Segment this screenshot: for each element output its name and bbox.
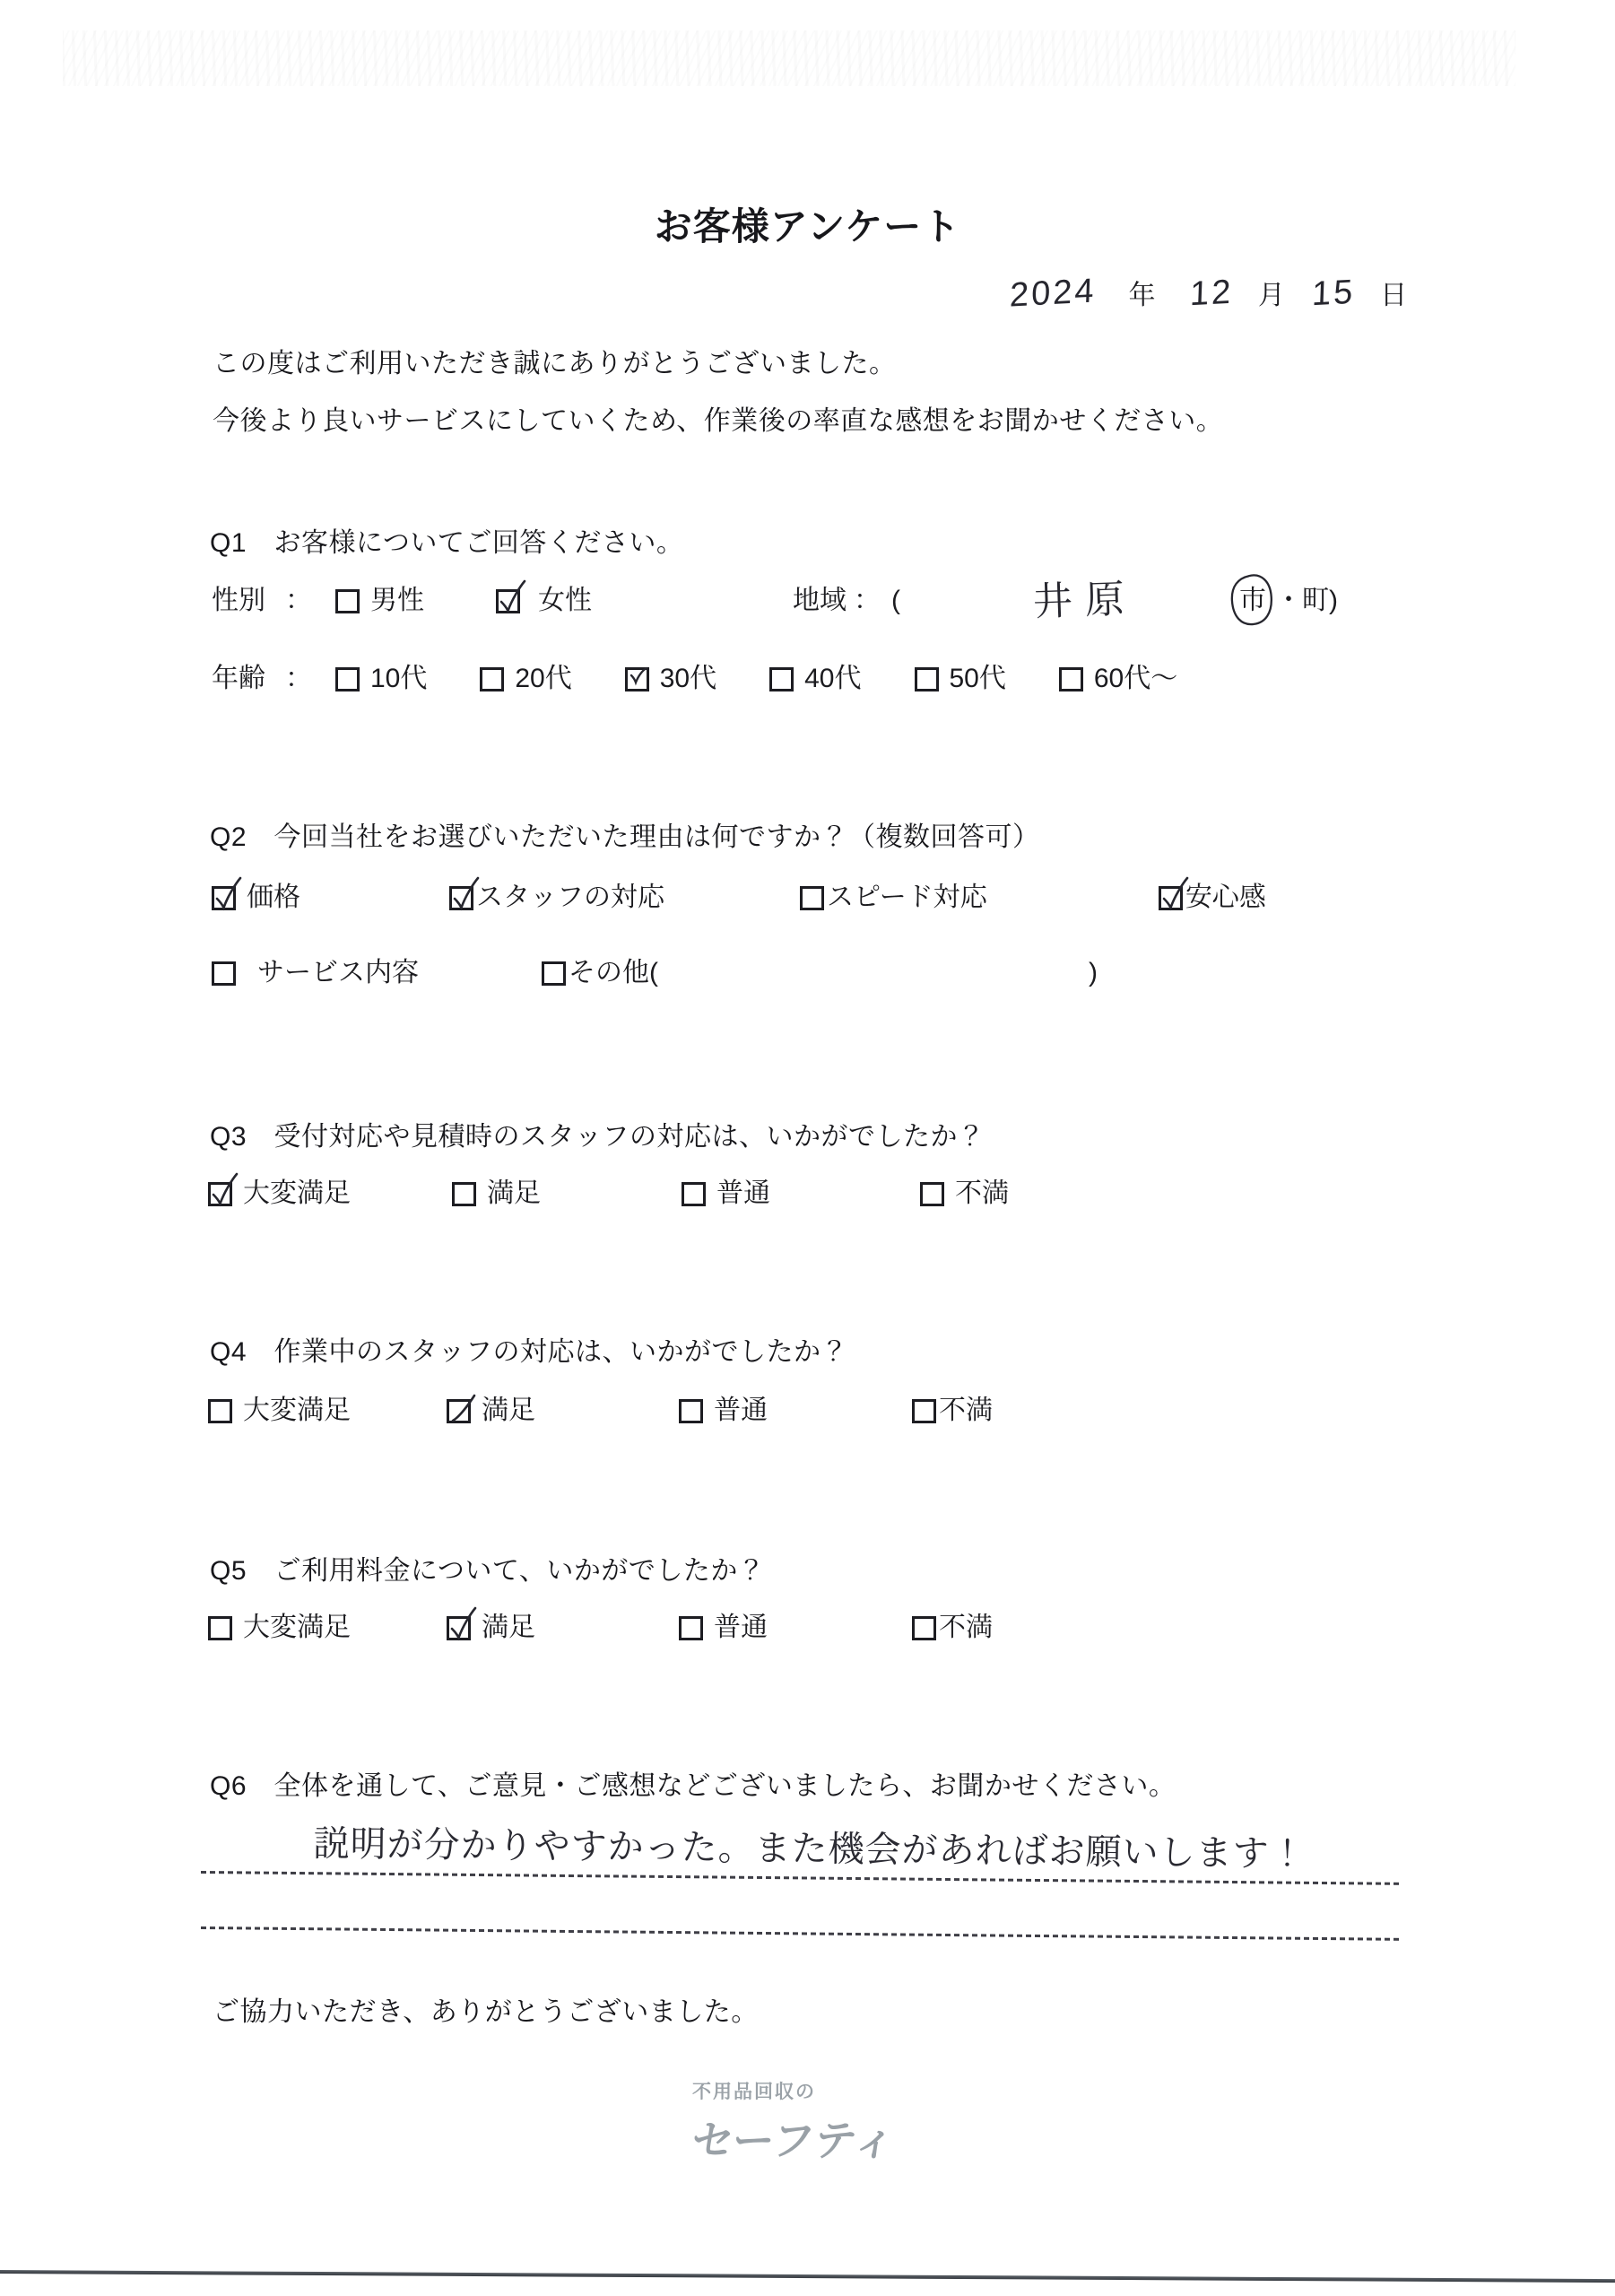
label-age-50s: 50代 (950, 665, 1006, 692)
q4-options-row: 大変満足 満足 普通 不満 (208, 1397, 993, 1424)
q5-option-neutral[interactable]: 普通 (679, 1614, 768, 1641)
gender-label: 性別 (212, 587, 265, 614)
label-assurance: 安心感 (1185, 884, 1266, 911)
q2-option-service[interactable]: サービス内容 (212, 960, 419, 987)
q4-option-satisfied[interactable]: 満足 (447, 1397, 535, 1424)
checkbox-female[interactable] (496, 589, 520, 613)
label-q5-neutral: 普通 (714, 1614, 768, 1641)
checkbox-age-60s[interactable] (1059, 667, 1083, 691)
q4-option-neutral[interactable]: 普通 (679, 1397, 768, 1424)
region-city-circled: 市 (1230, 584, 1275, 618)
age-label: 年齢 (212, 665, 265, 692)
gender-option-male[interactable]: 男性 (335, 587, 424, 614)
checkbox-q3-dissatisfied[interactable] (920, 1182, 944, 1206)
checkbox-q5-satisfied[interactable] (447, 1616, 471, 1640)
label-q4-dissatisfied: 不満 (939, 1397, 993, 1424)
label-female: 女性 (538, 587, 592, 614)
gender-colon: ： (285, 587, 312, 614)
checkbox-age-10s[interactable] (335, 667, 360, 691)
hand-circle-icon (1227, 572, 1277, 628)
q3-option-dissatisfied[interactable]: 不満 (920, 1180, 1009, 1207)
checkbox-staff[interactable] (449, 886, 473, 910)
q2-option-price[interactable]: 価格 (212, 884, 300, 911)
q4-heading: Q4 作業中のスタッフの対応は、いかがでしたか？ (210, 1329, 848, 1369)
date-year-value: 2024 (1009, 274, 1097, 312)
q5-option-dissatisfied[interactable]: 不満 (912, 1614, 993, 1641)
date-line: 2024 年 12 月 15 日 (1010, 276, 1407, 310)
company-logo: 不用品回収の セーフティ (692, 2077, 896, 2168)
age-option-20s[interactable]: 20代 (480, 665, 571, 692)
logo-tagline: 不用品回収の (692, 2077, 896, 2104)
comment-line-2[interactable] (201, 1926, 1402, 1941)
q3-option-very-satisfied[interactable]: 大変満足 (208, 1180, 351, 1207)
q2-option-speed[interactable]: スピード対応 (800, 884, 987, 911)
label-other: その他( (569, 960, 658, 987)
q1-gender-row: 性別 ： 男性 女性 地域 ： ( 井原 市 ・町) (212, 581, 1338, 621)
checkbox-age-50s[interactable] (915, 667, 939, 691)
age-option-40s[interactable]: 40代 (769, 665, 861, 692)
check-mark-icon (627, 665, 651, 690)
scan-edge-bottom (0, 2270, 1615, 2283)
region-tail: ・町) (1275, 587, 1338, 614)
q1-age-row: 年齢 ： 10代 20代 30代 40代 50代 60代～ (212, 665, 1177, 692)
checkbox-age-20s[interactable] (480, 667, 504, 691)
label-q5-dissatisfied: 不満 (939, 1614, 993, 1641)
region-paren-open: ( (891, 587, 900, 614)
label-q4-very-satisfied: 大変満足 (243, 1397, 351, 1424)
scanned-survey-page: お客様アンケート 2024 年 12 月 15 日 この度はご利用いただき誠にあ… (0, 0, 1615, 2296)
checkbox-q3-very-satisfied[interactable] (208, 1182, 232, 1206)
check-mark-icon (210, 874, 244, 915)
checkbox-q3-satisfied[interactable] (452, 1182, 476, 1206)
checkbox-service[interactable] (212, 961, 236, 986)
other-close-paren: ) (1089, 960, 1098, 987)
q5-heading: Q5 ご利用料金について、いかがでしたか？ (210, 1548, 765, 1587)
q2-option-assurance[interactable]: 安心感 (1159, 884, 1266, 911)
checkbox-male[interactable] (335, 589, 360, 613)
label-service: サービス内容 (257, 960, 419, 987)
region-colon: ： (854, 587, 881, 614)
comment-handwritten: 説明が分かりやすかった。また機会があればお願いします！ (313, 1815, 1307, 1877)
checkbox-speed[interactable] (800, 886, 824, 910)
label-q3-dissatisfied: 不満 (955, 1180, 1009, 1207)
checkbox-price[interactable] (212, 886, 236, 910)
date-day-unit: 日 (1380, 283, 1407, 309)
label-price: 価格 (247, 884, 300, 911)
date-year-unit: 年 (1129, 283, 1156, 309)
page-title: お客様アンケート (0, 197, 1615, 251)
q5-options-row: 大変満足 満足 普通 不満 (208, 1614, 993, 1641)
check-mark-icon (494, 577, 528, 618)
label-q3-satisfied: 満足 (487, 1180, 541, 1207)
check-mark-icon (206, 1170, 240, 1211)
date-month-value: 12 (1189, 275, 1234, 312)
label-speed: スピード対応 (827, 884, 987, 911)
q2-options-row-2: サービス内容 その他( ) (212, 960, 1098, 987)
label-q3-neutral: 普通 (716, 1180, 770, 1207)
q2-option-staff[interactable]: スタッフの対応 (449, 884, 664, 911)
age-option-60s[interactable]: 60代～ (1059, 665, 1177, 692)
q5-option-very-satisfied[interactable]: 大変満足 (208, 1614, 351, 1641)
checkbox-q4-very-satisfied[interactable] (208, 1399, 232, 1423)
label-q5-satisfied: 満足 (482, 1614, 535, 1641)
checkbox-q5-dissatisfied[interactable] (912, 1616, 936, 1640)
q4-option-dissatisfied[interactable]: 不満 (912, 1397, 993, 1424)
age-colon: ： (285, 665, 312, 692)
label-q4-satisfied: 満足 (482, 1397, 535, 1424)
label-male: 男性 (370, 587, 424, 614)
checkbox-assurance[interactable] (1159, 886, 1183, 910)
q1-heading: Q1 お客様についてご回答ください。 (210, 520, 683, 560)
q2-option-other[interactable]: その他( (542, 960, 658, 987)
checkbox-age-30s[interactable] (625, 667, 649, 691)
label-age-20s: 20代 (515, 665, 571, 692)
age-option-50s[interactable]: 50代 (915, 665, 1006, 692)
label-age-10s: 10代 (370, 665, 427, 692)
q3-option-neutral[interactable]: 普通 (682, 1180, 770, 1207)
label-q3-very-satisfied: 大変満足 (243, 1180, 351, 1207)
checkbox-q4-dissatisfied[interactable] (912, 1399, 936, 1423)
checkbox-q4-satisfied[interactable] (447, 1399, 471, 1423)
q3-heading: Q3 受付対応や見積時のスタッフの対応は、いかがでしたか？ (210, 1114, 985, 1153)
label-age-40s: 40代 (804, 665, 861, 692)
checkbox-age-40s[interactable] (769, 667, 794, 691)
check-mark-icon (445, 1604, 479, 1645)
q4-option-very-satisfied[interactable]: 大変満足 (208, 1397, 351, 1424)
age-option-10s[interactable]: 10代 (335, 665, 427, 692)
checkbox-q4-neutral[interactable] (679, 1399, 703, 1423)
q6-heading: Q6 全体を通して、ご意見・ご感想などございましたら、お聞かせください。 (210, 1763, 1176, 1803)
age-option-30s[interactable]: 30代 (625, 665, 716, 692)
checkbox-q3-neutral[interactable] (682, 1182, 706, 1206)
intro-line-1: この度はご利用いただき誠にありがとうございました。 (213, 341, 897, 380)
gender-option-female[interactable]: 女性 (496, 587, 592, 614)
q2-heading: Q2 今回当社をお選びいただいた理由は何ですか？（複数回答可） (210, 814, 1040, 854)
logo-name: セーフティ (688, 2108, 899, 2168)
region-value-handwritten[interactable]: 井原 (1032, 579, 1137, 622)
date-month-unit: 月 (1258, 283, 1285, 309)
q2-options-row-1: 価格 スタッフの対応 スピード対応 安心感 (212, 884, 1266, 911)
label-q5-very-satisfied: 大変満足 (243, 1614, 351, 1641)
checkbox-q5-very-satisfied[interactable] (208, 1616, 232, 1640)
closing-text: ご協力いただき、ありがとうございました。 (213, 1989, 759, 2029)
region-label: 地域 (793, 587, 847, 614)
label-age-60s: 60代～ (1094, 665, 1177, 692)
date-day-value: 15 (1311, 275, 1356, 312)
scan-artifact-top (63, 30, 1515, 86)
q5-option-satisfied[interactable]: 満足 (447, 1614, 535, 1641)
check-mark-icon (447, 1392, 478, 1428)
label-age-30s: 30代 (660, 665, 716, 692)
label-q4-neutral: 普通 (714, 1397, 768, 1424)
intro-line-2: 今後より良いサービスにしていくため、作業後の率直な感想をお聞かせください。 (213, 398, 1223, 438)
q3-option-satisfied[interactable]: 満足 (452, 1180, 541, 1207)
q3-options-row: 大変満足 満足 普通 不満 (208, 1180, 1009, 1207)
checkbox-other[interactable] (542, 961, 566, 986)
label-staff: スタッフの対応 (476, 884, 664, 911)
checkbox-q5-neutral[interactable] (679, 1616, 703, 1640)
